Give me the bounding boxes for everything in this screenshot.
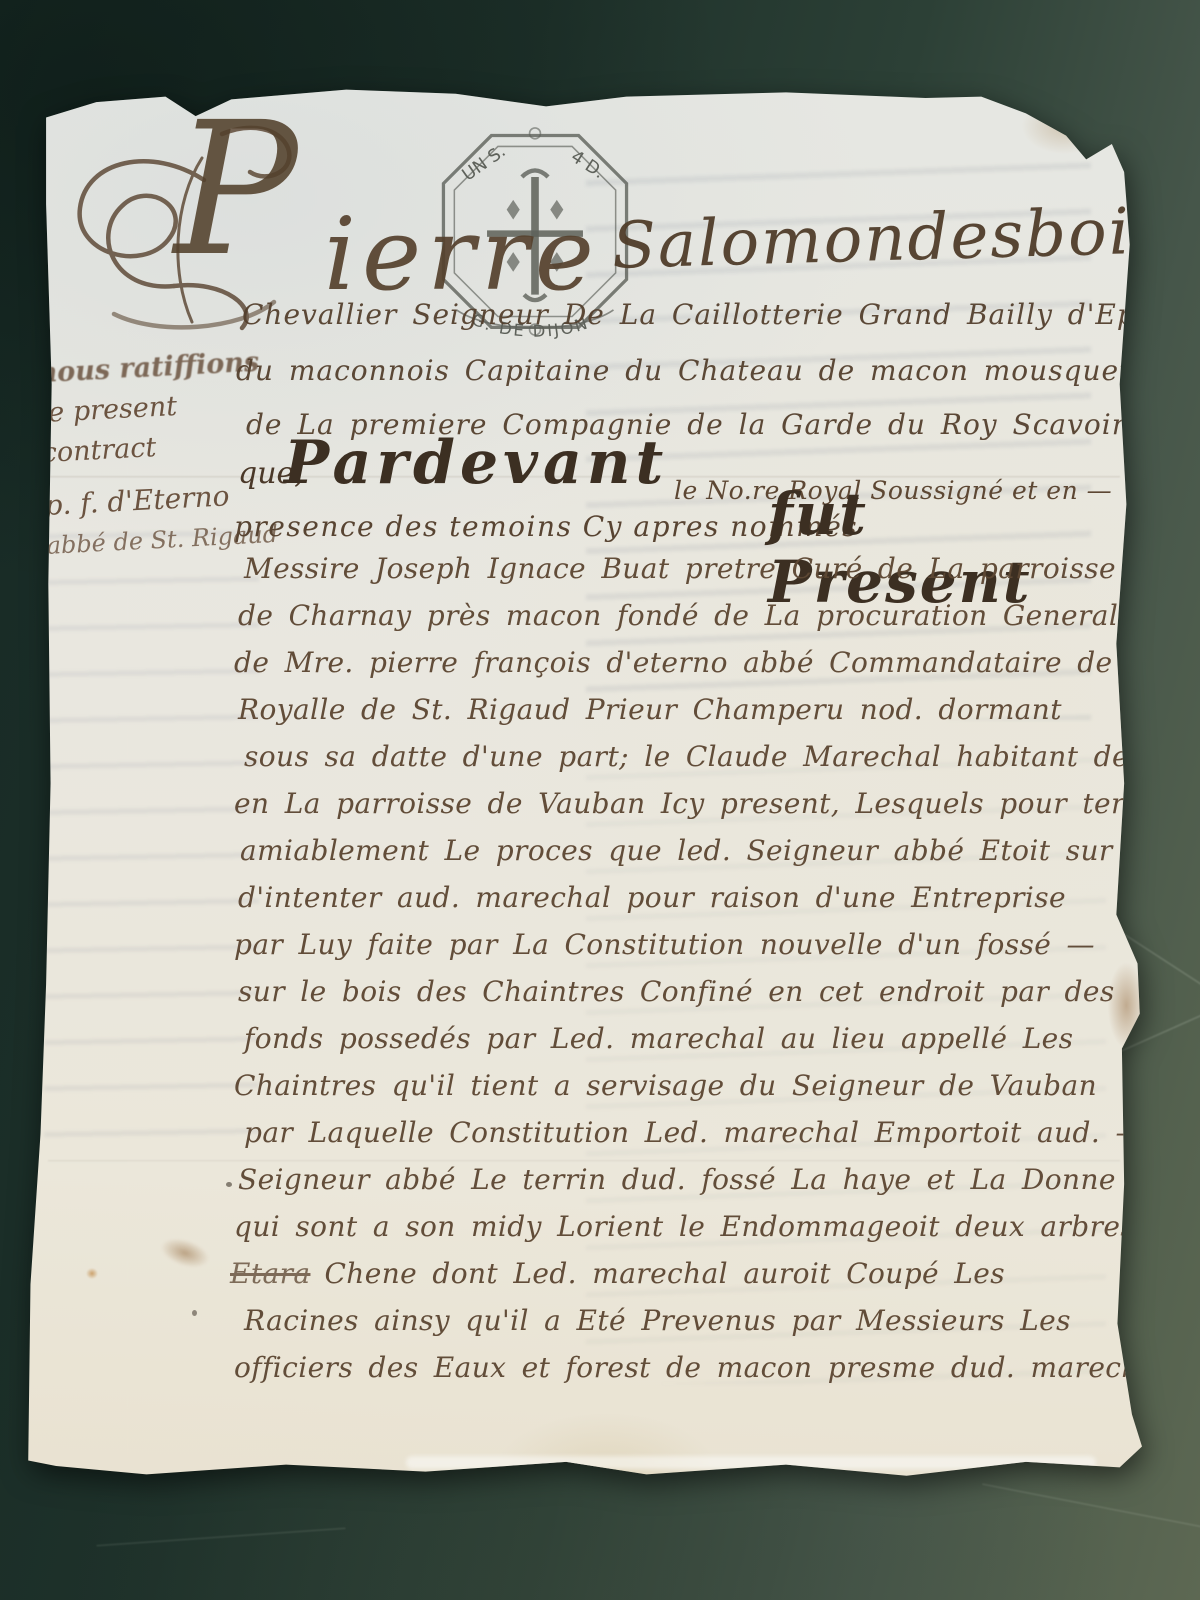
body-line: qui sont a son midy Lorient le Endommage… — [26, 1210, 1142, 1257]
title-initial-letter: P — [174, 98, 298, 282]
body-line: de Mre. pierre françois d'eterno abbé Co… — [26, 646, 1142, 693]
body-line-text: Chene dont Led. marechal auroit Coupé Le… — [324, 1257, 1005, 1290]
body-line: amiablement Le proces que led. Seigneur … — [26, 834, 1142, 881]
subtitle-line: Chevallier Seigneur De La Caillotterie G… — [242, 298, 1171, 331]
title-name-first: ierre — [324, 196, 600, 313]
title-name-last: Salomondesbois — [611, 194, 1167, 283]
body-line: par Luy faite par La Constitution nouvel… — [26, 928, 1142, 975]
body-line: sur le bois des Chaintres Confiné en cet… — [26, 975, 1142, 1022]
photo-of-manuscript: UN S. 4 D. G. DE DIJON P ierre Sa — [0, 0, 1200, 1600]
subtitle-line: du maconnois Capitaine du Chateau de mac… — [236, 354, 1191, 387]
stamp-text-left: UN S. — [459, 142, 510, 186]
ink-fleck — [322, 1468, 328, 1473]
body-line: fonds possedés par Led. marechal au lieu… — [26, 1022, 1142, 1069]
body-line: Royalle de St. Rigaud Prieur Champeru no… — [26, 693, 1142, 740]
manuscript-page: UN S. 4 D. G. DE DIJON P ierre Sa — [26, 84, 1142, 1480]
body-line-with-strikeout: EtaraChene dont Led. marechal auroit Cou… — [26, 1257, 1142, 1304]
body-line: Racines ainsy qu'il a Eté Prevenus par M… — [26, 1304, 1142, 1351]
body-line: en La parroisse de Vauban Icy present, L… — [26, 787, 1142, 834]
body-line: Messire Joseph Ignace Buat pretre Curé d… — [26, 552, 1142, 599]
body-line: Chaintres qu'il tient a servisage du Sei… — [26, 1069, 1142, 1116]
torn-edge-fibers — [406, 1456, 1096, 1469]
struck-word: Etara — [230, 1257, 310, 1290]
body-line: sous sa datte d'une part; le Claude Mare… — [26, 740, 1142, 787]
opening-witness-clause: presence des temoins Cy apres nommés — [234, 510, 858, 543]
body-line: de Charnay près macon fondé de La procur… — [26, 599, 1142, 646]
body-line: d'intenter aud. marechal pour raison d'u… — [26, 881, 1142, 928]
body-text: Messire Joseph Ignace Buat pretre Curé d… — [26, 552, 1142, 1398]
stamp-text-right: 4 D. — [567, 147, 608, 183]
opening-pardevant: Pardevant — [284, 428, 668, 498]
paper-wrap: UN S. 4 D. G. DE DIJON P ierre Sa — [0, 0, 1200, 1600]
body-line: officiers des Eaux et forest de macon pr… — [26, 1351, 1142, 1398]
body-line: Seigneur abbé Le terrin dud. fossé La ha… — [26, 1163, 1142, 1210]
body-line: par Laquelle Constitution Led. marechal … — [26, 1116, 1142, 1163]
